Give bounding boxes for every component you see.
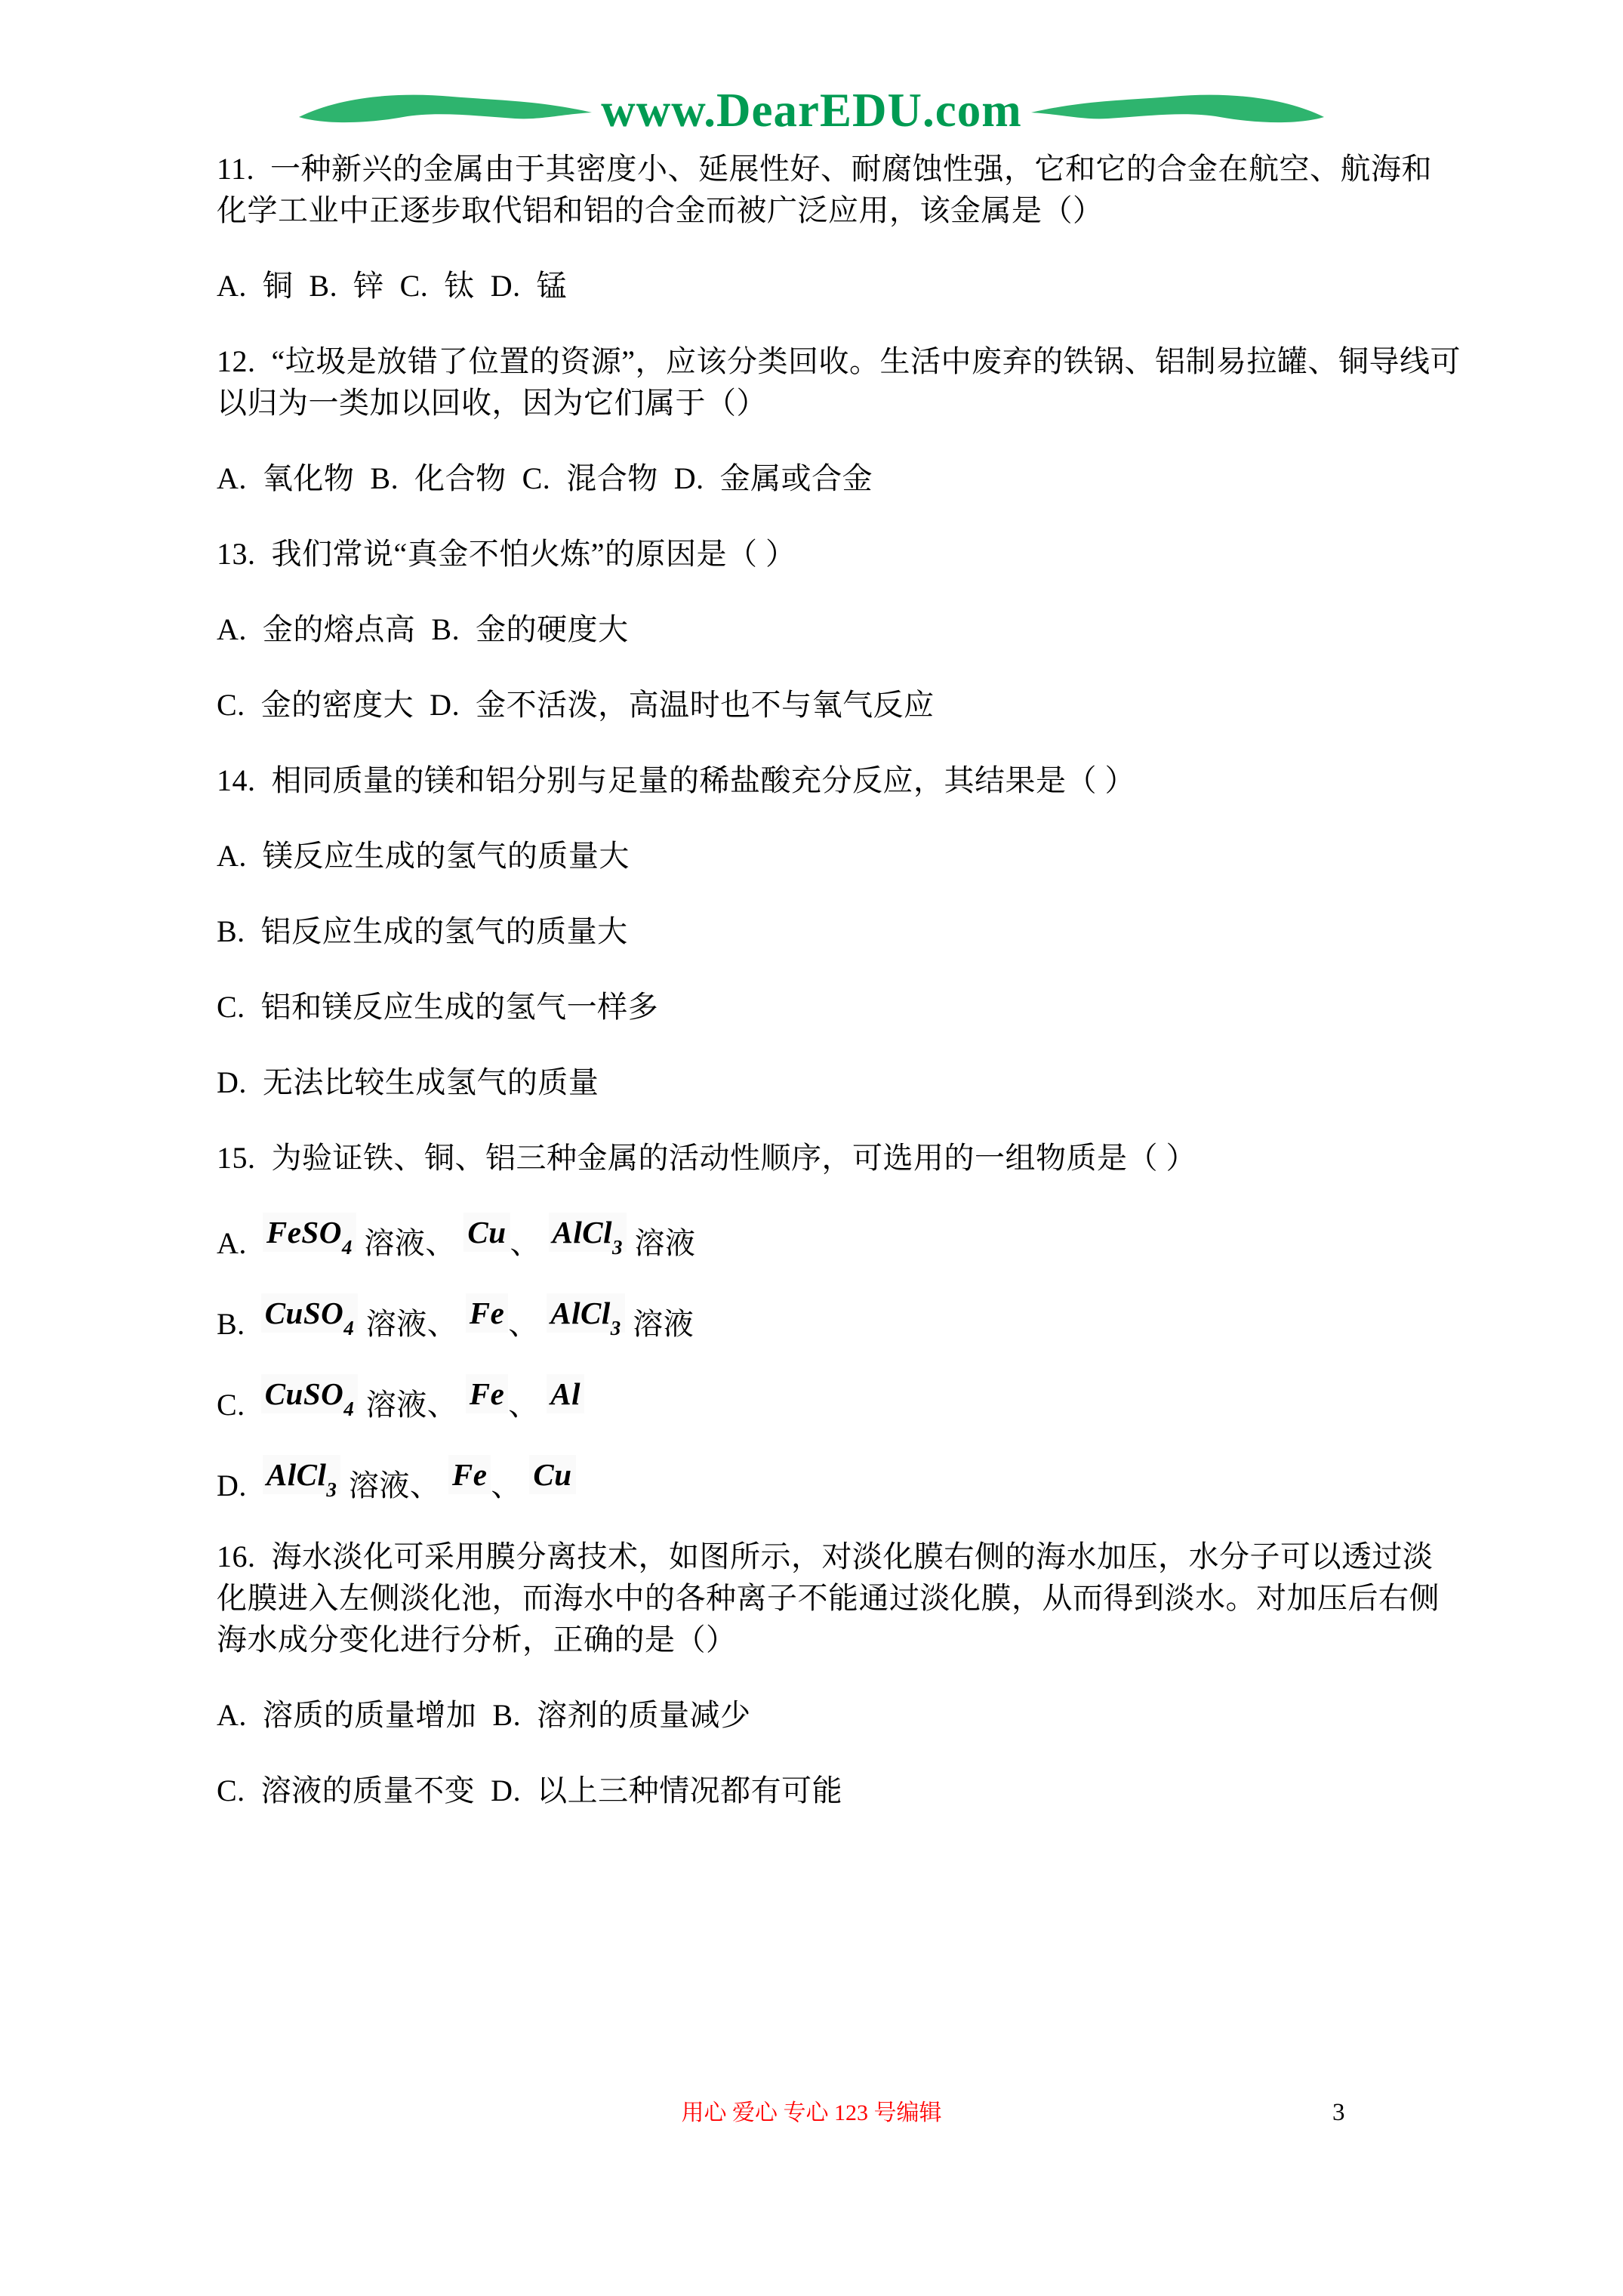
question-stem: 14. 相同质量的镁和铝分别与足量的稀盐酸充分反应，其结果是（ ）: [217, 760, 1461, 801]
option-text: 溶液、: [358, 1388, 466, 1422]
option-line: B. CuSO4 溶液、 Fe、 AlCl3 溶液: [217, 1293, 1461, 1355]
chem-formula: AlCl3: [263, 1455, 340, 1494]
question-stem: 15. 为验证铁、铜、铝三种金属的活动性顺序，可选用的一组物质是（ ）: [217, 1137, 1461, 1179]
option-line: A. 金的熔点高 B. 金的硬度大: [217, 609, 1461, 650]
question-stem: 11. 一种新兴的金属由于其密度小、延展性好、耐腐蚀性强，它和它的合金在航空、航…: [217, 148, 1461, 231]
option-text: 溶液: [627, 1226, 696, 1260]
question-stem: 12. “垃圾是放错了位置的资源”，应该分类回收。生活中废弃的铁锅、铝制易拉罐、…: [217, 341, 1461, 424]
option-text: 溶液、: [356, 1226, 464, 1260]
chem-formula: Al: [547, 1374, 584, 1413]
option-line: A. 铜 B. 锌 C. 钛 D. 锰: [217, 265, 1461, 307]
question-stem: 16. 海水淡化可采用膜分离技术，如图所示，对淡化膜右侧的海水加压，水分子可以透…: [217, 1536, 1461, 1660]
chem-formula: Fe: [466, 1374, 509, 1413]
document-page: www.DearEDU.com 11. 一种新兴的金属由于其密度小、延展性好、耐…: [0, 0, 1623, 2296]
option-text: B. 铝反应生成的氢气的质量大: [217, 914, 628, 948]
option-text: C.: [217, 1388, 261, 1422]
option-line: C. 金的密度大 D. 金不活泼，高温时也不与氧气反应: [217, 684, 1461, 726]
page-number: 3: [1332, 2099, 1345, 2127]
header-logo: www.DearEDU.com: [0, 72, 1623, 148]
question-block: 16. 海水淡化可采用膜分离技术，如图所示，对淡化膜右侧的海水加压，水分子可以透…: [217, 1536, 1461, 1811]
option-text: 溶液、: [358, 1307, 466, 1341]
option-text: 、: [491, 1469, 529, 1502]
option-line: A. FeSO4 溶液、 Cu、 AlCl3 溶液: [217, 1213, 1461, 1274]
question-block: 15. 为验证铁、铜、铝三种金属的活动性顺序，可选用的一组物质是（ ）A. Fe…: [217, 1137, 1461, 1517]
option-text: D. 无法比较生成氢气的质量: [217, 1065, 599, 1099]
option-line: C. 溶液的质量不变 D. 以上三种情况都有可能: [217, 1770, 1461, 1811]
option-text: D.: [217, 1469, 263, 1502]
option-line: C. CuSO4 溶液、 Fe、 Al: [217, 1374, 1461, 1436]
option-text: C. 溶液的质量不变 D. 以上三种情况都有可能: [217, 1774, 842, 1808]
chem-formula: FeSO4: [263, 1213, 356, 1252]
question-stem: 13. 我们常说“真金不怕火炼”的原因是（ ）: [217, 533, 1461, 575]
chem-formula: AlCl3: [547, 1293, 624, 1333]
option-text: C. 铝和镁反应生成的氢气一样多: [217, 990, 658, 1024]
option-line: A. 溶质的质量增加 B. 溶剂的质量减少: [217, 1694, 1461, 1736]
logo-text: www.DearEDU.com: [601, 72, 1021, 148]
option-text: A. 金的熔点高 B. 金的硬度大: [217, 612, 629, 646]
question-block: 13. 我们常说“真金不怕火炼”的原因是（ ）A. 金的熔点高 B. 金的硬度大…: [217, 533, 1461, 726]
chem-formula: Fe: [466, 1293, 509, 1333]
option-text: C. 金的密度大 D. 金不活泼，高温时也不与氧气反应: [217, 688, 935, 722]
logo-swoosh-right-icon: [1030, 90, 1326, 131]
footer-text: 用心 爱心 专心 123 号编辑: [0, 2100, 1623, 2126]
option-line: C. 铝和镁反应生成的氢气一样多: [217, 986, 1461, 1028]
question-block: 12. “垃圾是放错了位置的资源”，应该分类回收。生活中废弃的铁锅、铝制易拉罐、…: [217, 341, 1461, 499]
chem-formula: CuSO4: [261, 1293, 359, 1333]
option-text: 、: [510, 1226, 549, 1260]
option-text: A. 氧化物 B. 化合物 C. 混合物 D. 金属或合金: [217, 461, 873, 495]
logo-swoosh-left-icon: [297, 90, 593, 131]
option-line: A. 镁反应生成的氢气的质量大: [217, 835, 1461, 877]
option-line: A. 氧化物 B. 化合物 C. 混合物 D. 金属或合金: [217, 458, 1461, 499]
questions: 11. 一种新兴的金属由于其密度小、延展性好、耐腐蚀性强，它和它的合金在航空、航…: [217, 148, 1461, 1845]
option-line: D. 无法比较生成氢气的质量: [217, 1062, 1461, 1103]
option-text: 、: [508, 1307, 547, 1341]
option-text: A. 铜 B. 锌 C. 钛 D. 锰: [217, 269, 567, 303]
chem-formula: CuSO4: [261, 1374, 359, 1413]
option-line: D. AlCl3 溶液、 Fe、 Cu: [217, 1455, 1461, 1517]
chem-formula: Cu: [529, 1455, 575, 1494]
question-block: 11. 一种新兴的金属由于其密度小、延展性好、耐腐蚀性强，它和它的合金在航空、航…: [217, 148, 1461, 307]
option-text: A.: [217, 1226, 263, 1260]
question-block: 14. 相同质量的镁和铝分别与足量的稀盐酸充分反应，其结果是（ ）A. 镁反应生…: [217, 760, 1461, 1103]
option-text: 溶液: [625, 1307, 694, 1341]
option-text: 、: [508, 1388, 547, 1422]
option-line: B. 铝反应生成的氢气的质量大: [217, 911, 1461, 952]
option-text: A. 镁反应生成的氢气的质量大: [217, 839, 630, 873]
chem-formula: Cu: [463, 1213, 510, 1252]
option-text: 溶液、: [340, 1469, 448, 1502]
option-text: B.: [217, 1307, 261, 1341]
option-text: A. 溶质的质量增加 B. 溶剂的质量减少: [217, 1698, 751, 1732]
chem-formula: Fe: [448, 1455, 491, 1494]
chem-formula: AlCl3: [549, 1213, 627, 1252]
